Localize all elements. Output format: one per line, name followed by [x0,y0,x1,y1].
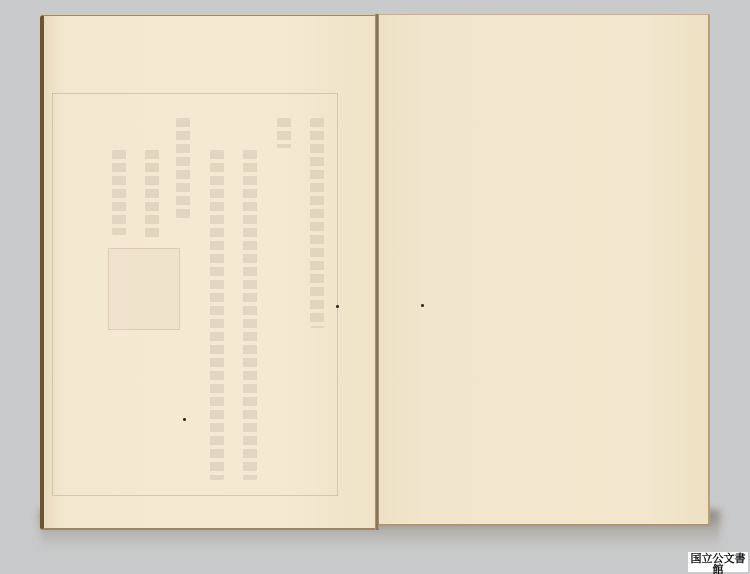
right-page [378,14,710,526]
show-through-seal [108,248,180,330]
show-through-column [176,118,190,218]
archive-watermark: 国立公文書館 National Archives of Japan [688,552,748,572]
show-through-column [210,150,224,480]
show-through-column [145,150,159,240]
show-through-text-frame [52,93,338,496]
paper-speck [183,418,186,421]
paper-speck [421,304,424,307]
watermark-jp: 国立公文書館 [688,552,748,574]
show-through-column [243,150,257,480]
show-through-column [277,118,291,148]
paper-speck [336,305,339,308]
show-through-column [112,150,126,235]
show-through-column [310,118,324,328]
book-gutter [375,14,379,530]
